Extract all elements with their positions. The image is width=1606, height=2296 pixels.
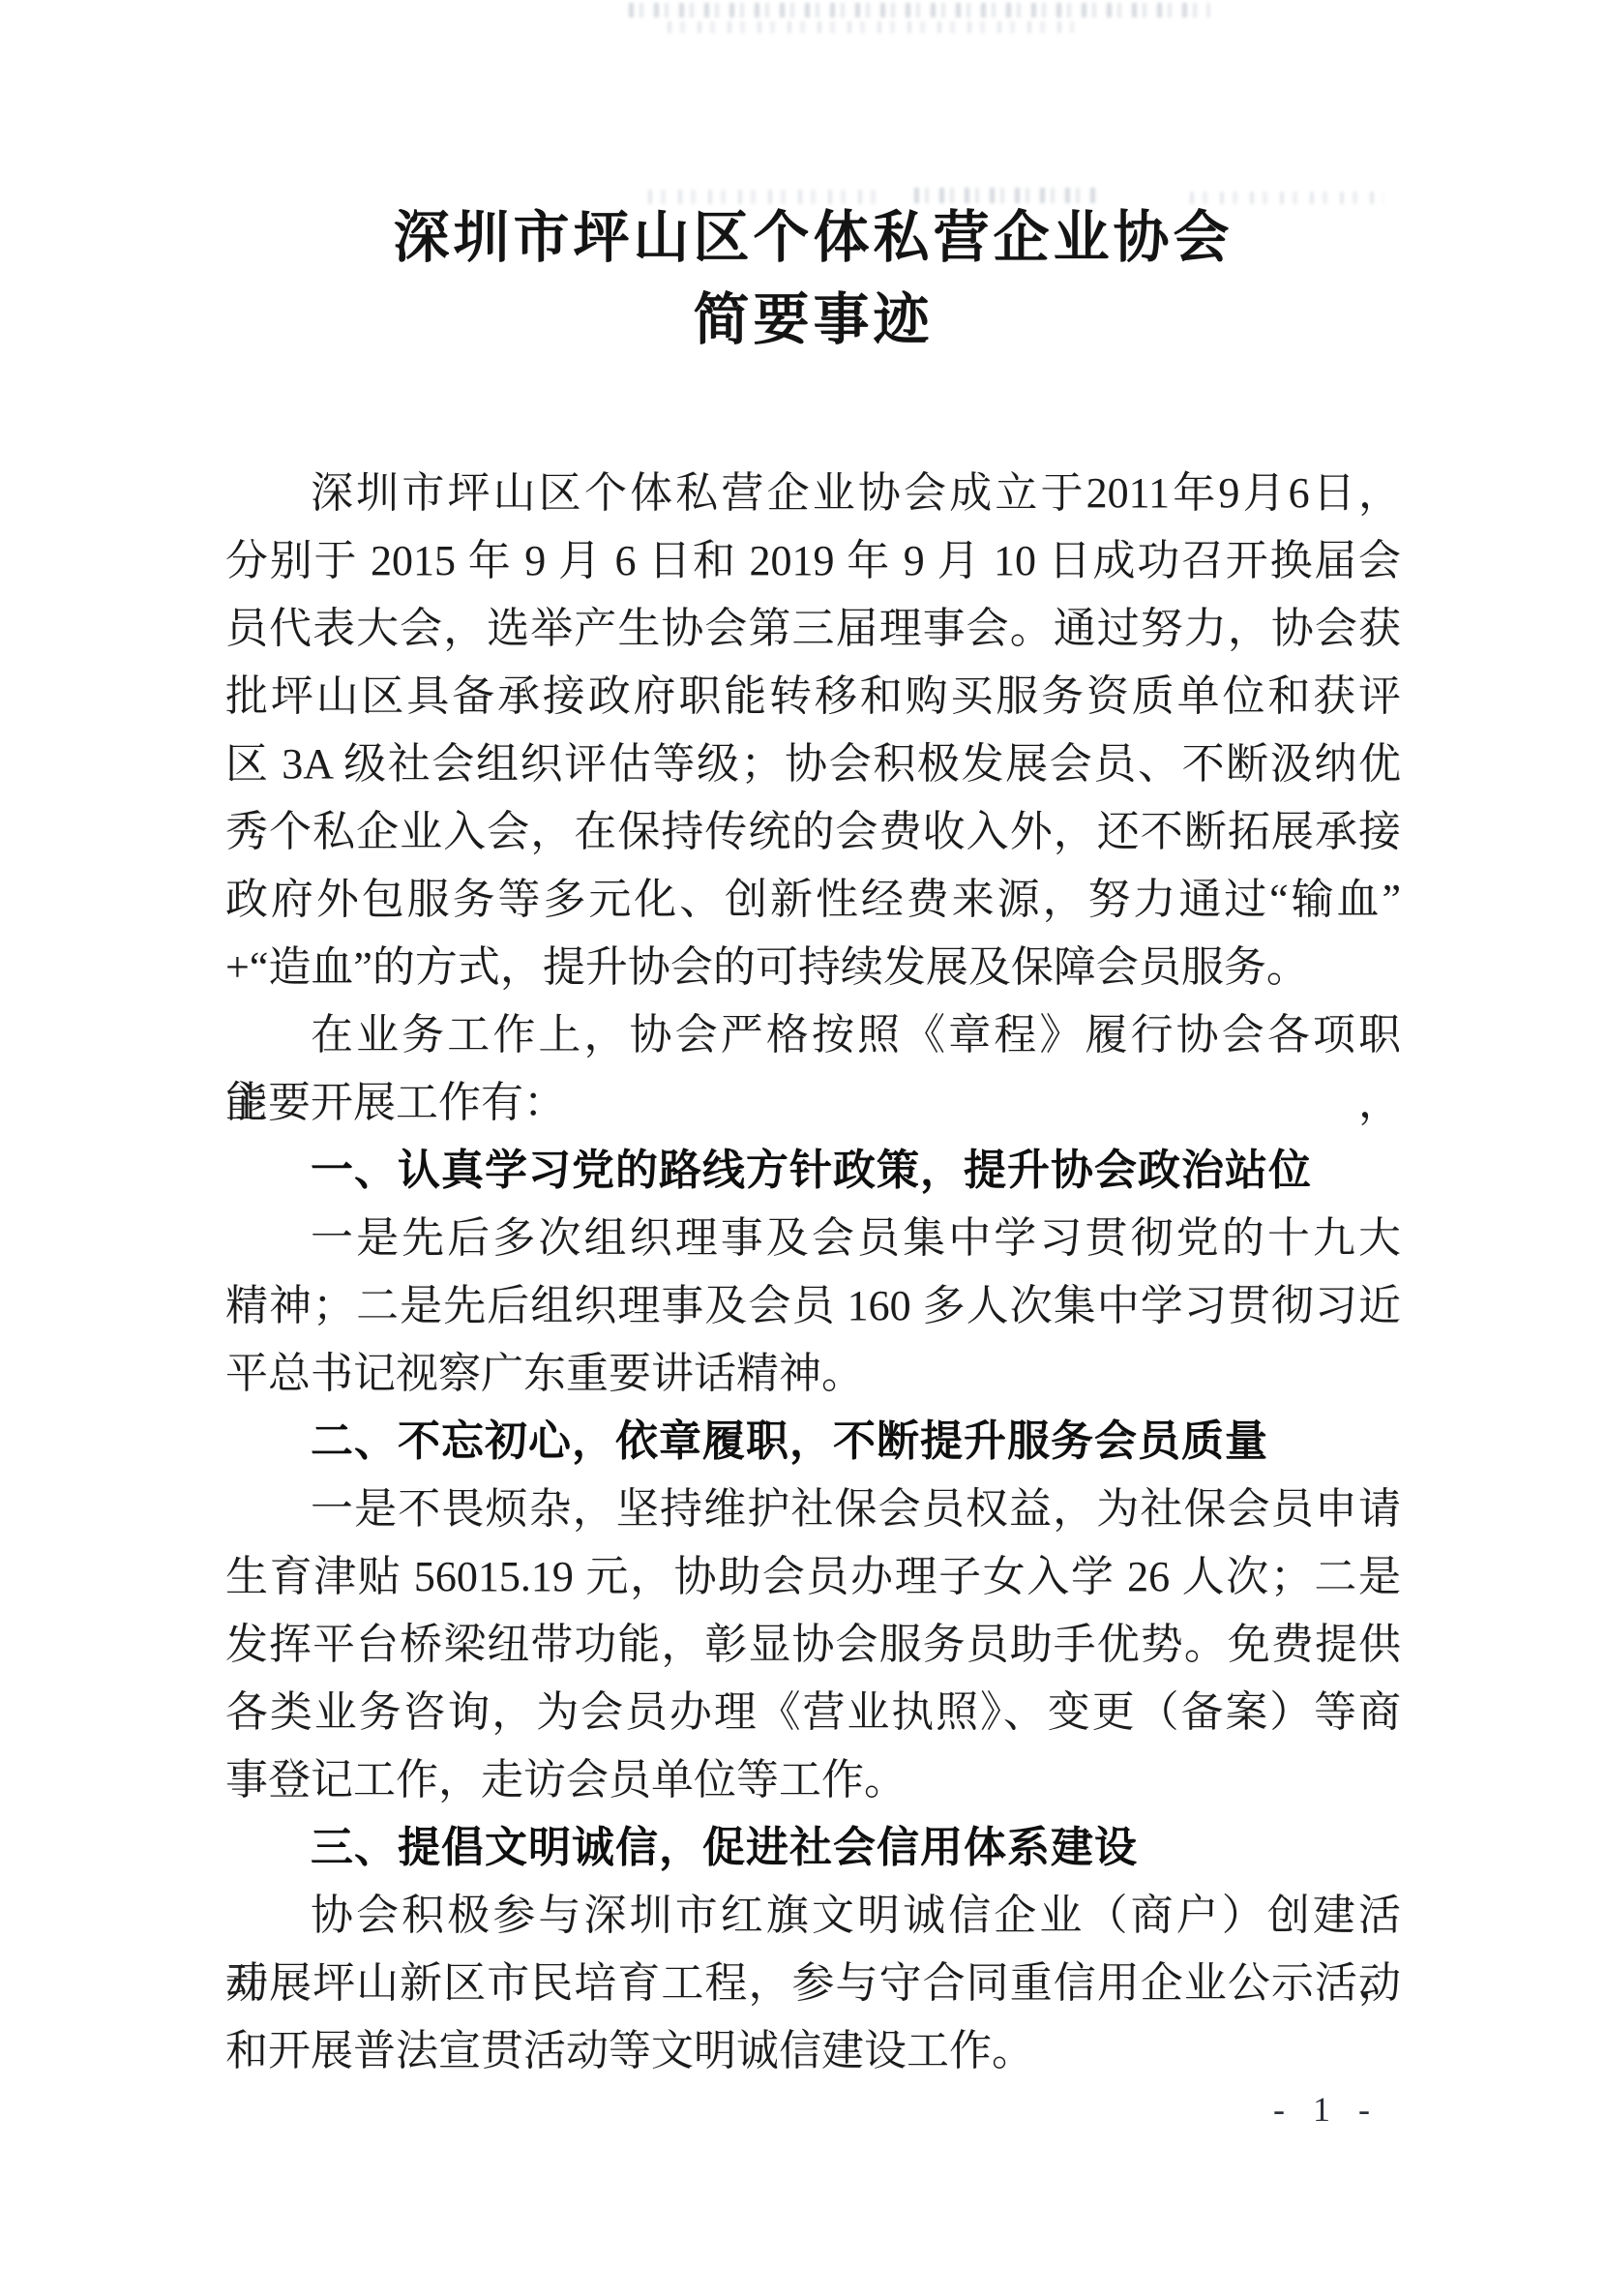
body-line: 各类业务咨询，为会员办理《营业执照》、变更（备案）等商 xyxy=(225,1679,1401,1746)
body-line: 开展坪山新区市民培育工程，参与守合同重信用企业公示活动 xyxy=(225,1950,1401,2017)
section-heading: 一、认真学习党的路线方针政策，提升协会政治站位 xyxy=(225,1137,1401,1205)
section-heading: 三、提倡文明诚信，促进社会信用体系建设 xyxy=(225,1814,1401,1882)
document-body: 深圳市坪山区个体私营企业协会成立于2011年9月6日， 分别于 2015 年 9… xyxy=(225,460,1401,2085)
body-line: 在业务工作上，协会严格按照《章程》履行协会各项职能， xyxy=(225,1001,1401,1069)
body-line: 精神；二是先后组织理事及会员 160 多人次集中学习贯彻习近 xyxy=(225,1272,1401,1340)
body-line: 分别于 2015 年 9 月 6 日和 2019 年 9 月 10 日成功召开换… xyxy=(225,527,1401,595)
document-title: 深圳市坪山区个体私营企业协会 简要事迹 xyxy=(225,196,1401,361)
body-line: 一是先后多次组织理事及会员集中学习贯彻党的十九大 xyxy=(225,1205,1401,1272)
body-line: 发挥平台桥梁纽带功能，彰显协会服务员助手优势。免费提供 xyxy=(225,1611,1401,1679)
body-line: 和开展普法宣贯活动等文明诚信建设工作。 xyxy=(225,2017,1401,2085)
body-line: 批坪山区具备承接政府职能转移和购买服务资质单位和获评 xyxy=(225,663,1401,731)
body-line: 政府外包服务等多元化、创新性经费来源，努力通过“输血” xyxy=(225,866,1401,934)
scan-artifact-top-2 xyxy=(668,21,1074,33)
body-line: 一是不畏烦杂，坚持维护社保会员权益，为社保会员申请 xyxy=(225,1476,1401,1543)
body-line: +“造血”的方式，提升协会的可持续发展及保障会员服务。 xyxy=(225,934,1401,1001)
page-number: - 1 - xyxy=(1273,2088,1380,2131)
document-title-line1: 深圳市坪山区个体私营企业协会 xyxy=(225,196,1401,279)
document-title-line2: 简要事迹 xyxy=(225,279,1401,361)
body-line: 生育津贴 56015.19 元，协助会员办理子女入学 26 人次；二是 xyxy=(225,1543,1401,1611)
body-line: 区 3A 级社会组织评估等级；协会积极发展会员、不断汲纳优 xyxy=(225,731,1401,798)
body-line: 秀个私企业入会，在保持传统的会费收入外，还不断拓展承接 xyxy=(225,798,1401,866)
scan-artifact-top-1 xyxy=(629,3,1209,17)
document-page: 深圳市坪山区个体私营企业协会 简要事迹 深圳市坪山区个体私营企业协会成立于201… xyxy=(0,0,1606,2296)
body-line: 深圳市坪山区个体私营企业协会成立于2011年9月6日， xyxy=(225,460,1401,527)
body-line: 事登记工作，走访会员单位等工作。 xyxy=(225,1746,1401,1814)
body-line: 员代表大会，选举产生协会第三届理事会。通过努力，协会获 xyxy=(225,595,1401,663)
body-line: 协会积极参与深圳市红旗文明诚信企业（商户）创建活动， xyxy=(225,1882,1401,1950)
body-line: 平总书记视察广东重要讲话精神。 xyxy=(225,1340,1401,1408)
section-heading: 二、不忘初心，依章履职，不断提升服务会员质量 xyxy=(225,1408,1401,1476)
